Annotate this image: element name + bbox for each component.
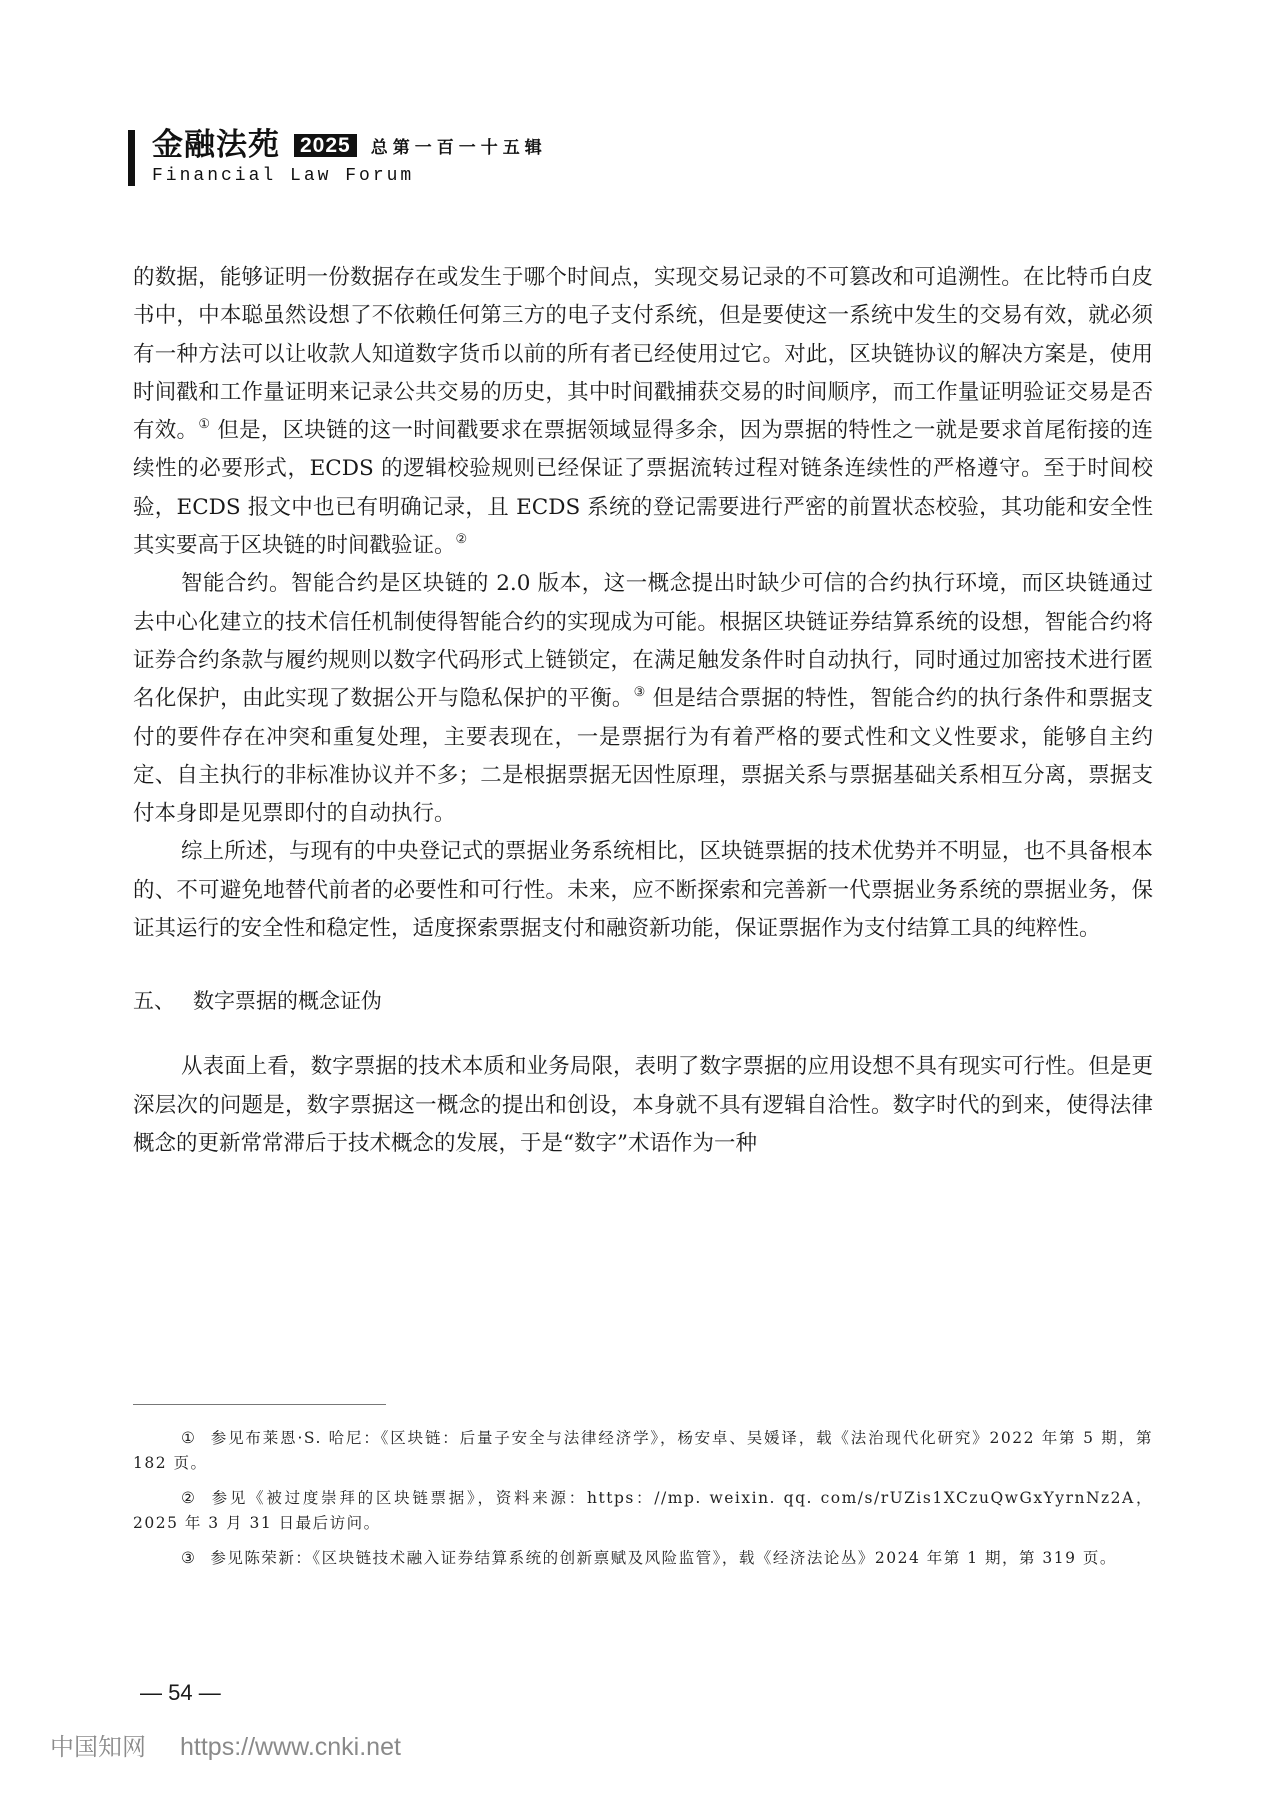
page-number: — 54 — (140, 1680, 221, 1706)
footnote-ref-1[interactable]: ① (198, 417, 210, 432)
footnote-text: 参见《被过度崇拜的区块链票据》，资料来源：https：//mp. weixin.… (133, 1489, 1153, 1532)
watermark-url[interactable]: https://www.cnki.net (180, 1733, 401, 1761)
footnote-text: 参见陈荣新：《区块链技术融入证券结算系统的创新禀赋及风险监管》，载《经济法论丛》… (210, 1549, 1117, 1567)
section-heading: 五、数字票据的概念证伪 (133, 982, 1153, 1020)
cnki-watermark: 中国知网https://www.cnki.net (50, 1727, 401, 1762)
watermark-site-name: 中国知网 (50, 1733, 146, 1761)
header-accent-bar (128, 130, 135, 186)
journal-title-cn: 金融法苑 (152, 128, 280, 162)
footnote-3: ③参见陈荣新：《区块链技术融入证券结算系统的创新禀赋及风险监管》，载《经济法论丛… (133, 1546, 1153, 1571)
journal-title-en: Financial Law Forum (152, 166, 414, 186)
footnote-divider (133, 1404, 386, 1405)
paragraph-1: 的数据，能够证明一份数据存在或发生于哪个时间点，实现交易记录的不可篡改和可追溯性… (133, 259, 1153, 565)
footnote-ref-2[interactable]: ② (456, 532, 468, 547)
section-number: 五、 (133, 989, 175, 1013)
footnote-text: 参见布莱恩·S. 哈尼：《区块链：后量子安全与法律经济学》，杨安卓、吴媛译，载《… (133, 1429, 1153, 1472)
footnote-mark: ① (181, 1429, 197, 1447)
paragraph-text: 的数据，能够证明一份数据存在或发生于哪个时间点，实现交易记录的不可篡改和可追溯性… (133, 265, 1153, 443)
paragraph-2: 智能合约。智能合约是区块链的 2.0 版本，这一概念提出时缺少可信的合约执行环境… (133, 565, 1153, 833)
footnote-mark: ③ (181, 1549, 196, 1567)
issue-label: 总第一百一十五辑 (371, 133, 547, 158)
footnote-mark: ② (181, 1489, 198, 1507)
footnotes: ①参见布莱恩·S. 哈尼：《区块链：后量子安全与法律经济学》，杨安卓、吴媛译，载… (133, 1426, 1153, 1581)
paragraph-text: 但是，区块链的这一时间戳要求在票据领域显得多余，因为票据的特性之一就是要求首尾衔… (133, 418, 1153, 558)
section-title: 数字票据的概念证伪 (193, 989, 382, 1013)
footnote-2: ②参见《被过度崇拜的区块链票据》，资料来源：https：//mp. weixin… (133, 1486, 1153, 1536)
paragraph-3: 综上所述，与现有的中央登记式的票据业务系统相比，区块链票据的技术优势并不明显，也… (133, 833, 1153, 948)
footnote-1: ①参见布莱恩·S. 哈尼：《区块链：后量子安全与法律经济学》，杨安卓、吴媛译，载… (133, 1426, 1153, 1476)
paragraph-4: 从表面上看，数字票据的技术本质和业务局限，表明了数字票据的应用设想不具有现实可行… (133, 1048, 1153, 1163)
year-badge: 2025 (294, 134, 357, 157)
article-body: 的数据，能够证明一份数据存在或发生于哪个时间点，实现交易记录的不可篡改和可追溯性… (133, 259, 1153, 1163)
footnote-ref-3[interactable]: ③ (634, 685, 646, 700)
header-title-row: 金融法苑 2025 总第一百一十五辑 (152, 128, 547, 162)
